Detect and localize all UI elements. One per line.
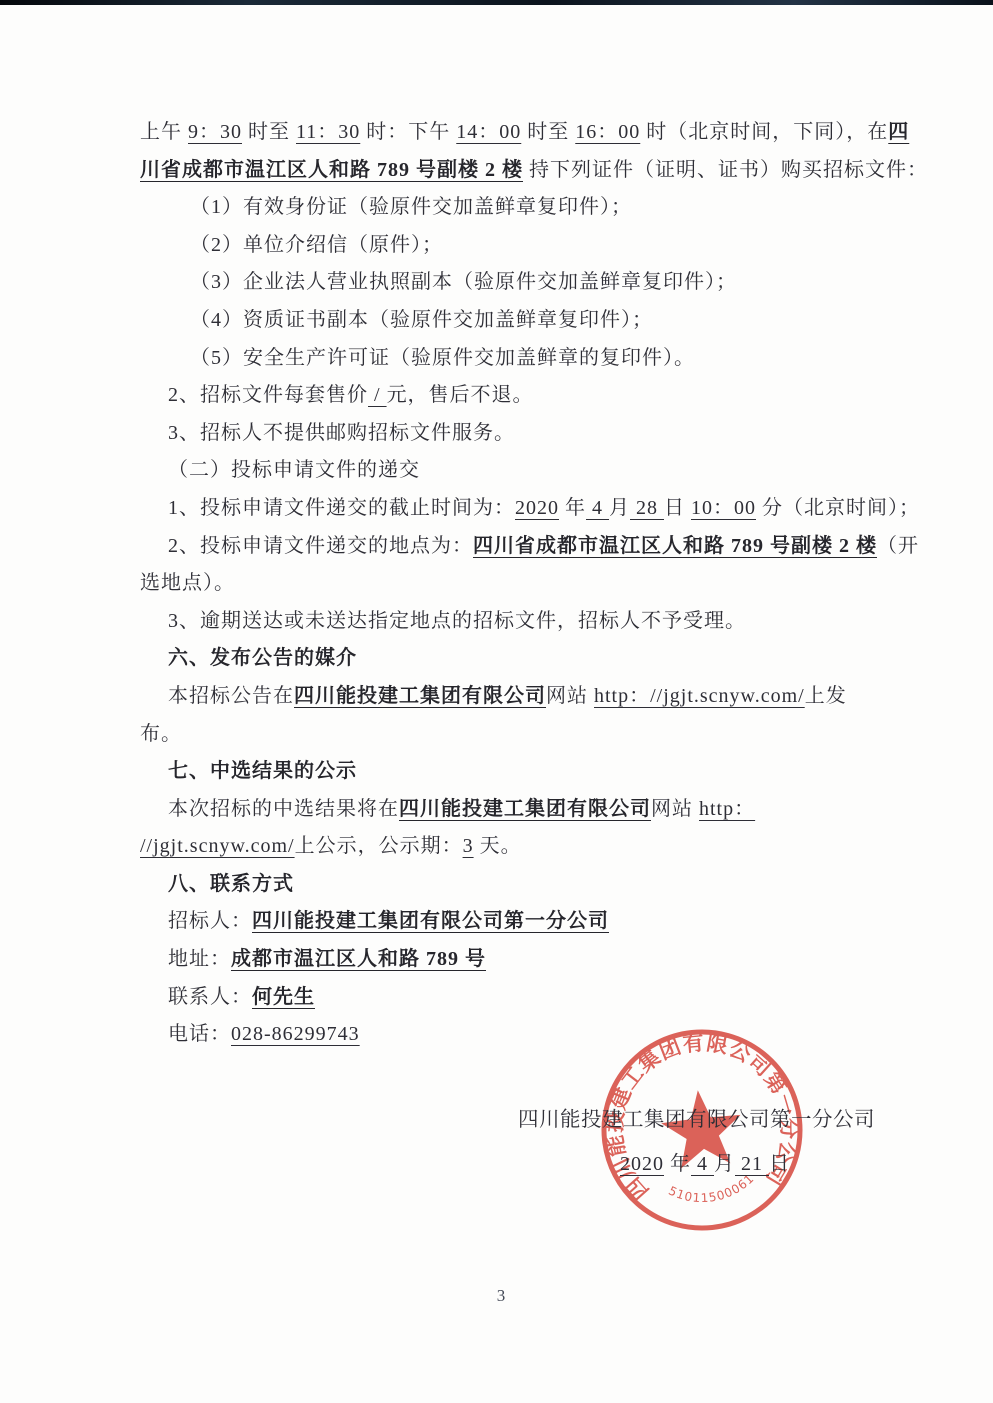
doc-line-result-site-1: 本次招标的中选结果将在四川能投建工集团有限公司网站 http：	[140, 791, 885, 829]
doc-line-announce-site-1: 本招标公告在四川能投建工集团有限公司网站 http：//jgjt.scnyw.c…	[140, 678, 885, 716]
doc-line-deadline: 1、投标申请文件递交的截止时间为：2020 年 4 月 28 日 10：00 分…	[140, 490, 885, 528]
doc-line-sale-time: 上午 9：30 时至 11：30 时：下午 14：00 时至 16：00 时（北…	[140, 114, 885, 152]
doc-line-submission-heading: （二）投标申请文件的递交	[140, 452, 885, 490]
doc-line-submit-place-1: 2、投标申请文件递交的地点为：四川省成都市温江区人和路 789 号副楼 2 楼（…	[140, 528, 885, 566]
document-body: 上午 9：30 时至 11：30 时：下午 14：00 时至 16：00 时（北…	[140, 114, 885, 1054]
doc-line-price: 2、招标文件每套售价 / 元，售后不退。	[140, 377, 885, 415]
doc-line-cert-4: （4）资质证书副本（验原件交加盖鲜章复印件）；	[140, 302, 885, 340]
section-heading-media: 六、发布公告的媒介	[140, 640, 885, 678]
contact-person: 联系人：何先生	[140, 979, 885, 1017]
doc-line-cert-3: （3）企业法人营业执照副本（验原件交加盖鲜章复印件）；	[140, 264, 885, 302]
doc-line-sale-address: 川省成都市温江区人和路 789 号副楼 2 楼 持下列证件（证明、证书）购买招标…	[140, 152, 885, 190]
scan-edge-artifact	[0, 0, 993, 5]
doc-line-cert-2: （2）单位介绍信（原件）；	[140, 227, 885, 265]
doc-line-result-site-2: //jgjt.scnyw.com/上公示，公示期：3 天。	[140, 828, 885, 866]
contact-tenderer: 招标人：四川能投建工集团有限公司第一分公司	[140, 903, 885, 941]
doc-line-announce-site-2: 布。	[140, 716, 885, 754]
doc-line-submit-place-2: 选地点）。	[140, 565, 885, 603]
doc-line-cert-5: （5）安全生产许可证（验原件交加盖鲜章的复印件）。	[140, 340, 885, 378]
doc-line-late-delivery: 3、逾期送达或未送达指定地点的招标文件，招标人不予受理。	[140, 603, 885, 641]
signature-date: 2020 年 4 月 21 日	[620, 1147, 790, 1176]
contact-address: 地址：成都市温江区人和路 789 号	[140, 941, 885, 979]
doc-line-no-mail-order: 3、招标人不提供邮购招标文件服务。	[140, 415, 885, 453]
page-number: 3	[10, 1286, 993, 1306]
doc-line-cert-1: （1）有效身份证（验原件交加盖鲜章复印件）；	[140, 189, 885, 227]
section-heading-result: 七、中选结果的公示	[140, 753, 885, 791]
section-heading-contact: 八、联系方式	[140, 866, 885, 904]
signature-company: 四川能投建工集团有限公司第一分公司	[518, 1102, 875, 1132]
